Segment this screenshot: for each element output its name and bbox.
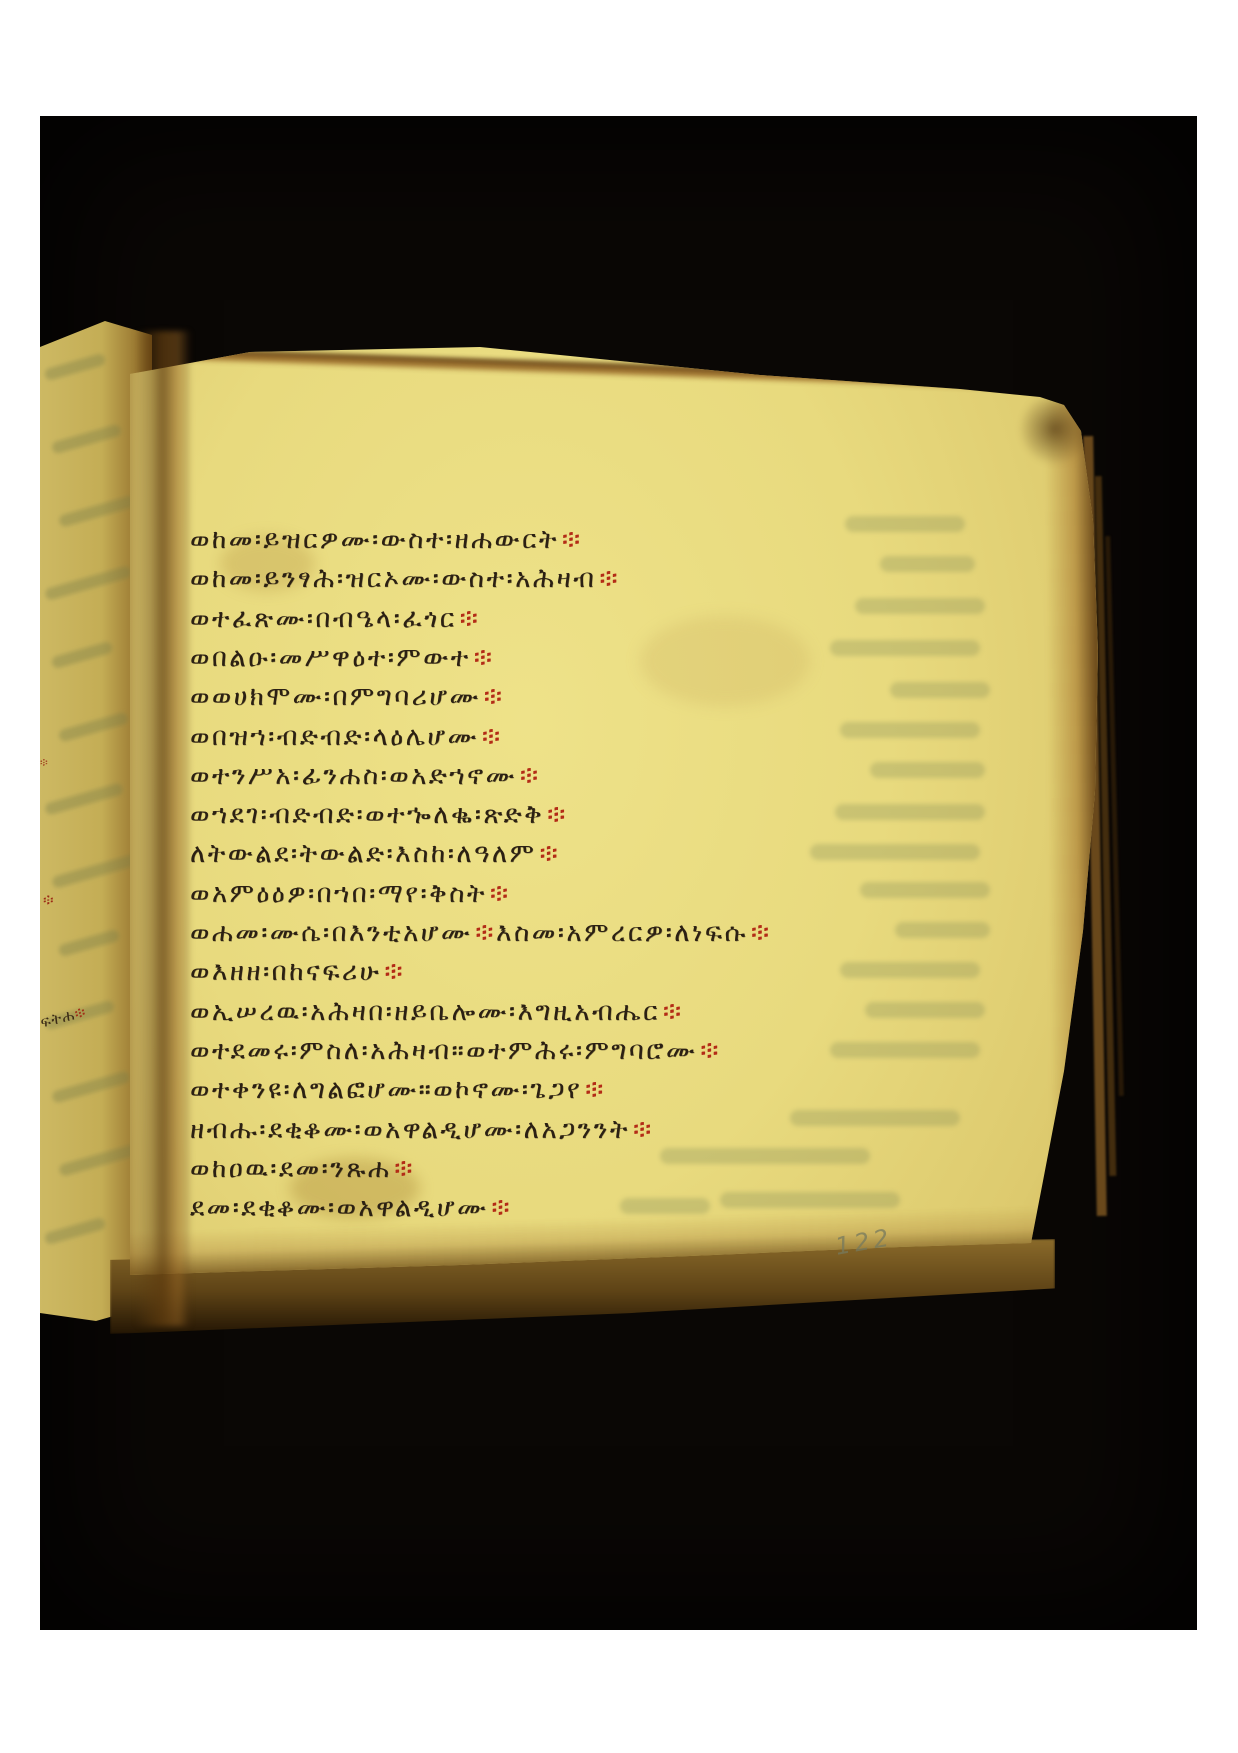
manuscript-line: ወከዐዉ፡ደመ፡ንጹሐ፨ xyxy=(190,1152,415,1186)
red-divider-mark: ፨ xyxy=(381,957,405,987)
manuscript-line: ወተደመሩ፡ምስለ፡አሕዛብ።ወተምሕሩ፡ምግባሮሙ፨ xyxy=(190,1034,721,1068)
red-divider-mark: ፨ xyxy=(697,1036,721,1066)
line-text: ወከመ፡ይዝርዎሙ፡ውስተ፡ዘሐውርት xyxy=(190,525,559,555)
line-text: ለትውልደ፡ትውልድ፡እስከ፡ለዓለም xyxy=(190,839,536,869)
line-text: ወወሀክሞሙ፡በምግባሪሆሙ xyxy=(190,682,481,712)
manuscript-line: ወኢሠረዉ፡አሕዛበ፡ዘይቤሎሙ፡እግዚአብሔር፨ xyxy=(190,995,684,1029)
line-text: ወከዐዉ፡ደመ፡ንጹሐ xyxy=(190,1154,391,1184)
manuscript-line: ደመ፡ደቂቆሙ፡ወአዋልዲሆሙ፨ xyxy=(190,1191,512,1225)
line-text: ወኢሠረዉ፡አሕዛበ፡ዘይቤሎሙ፡እግዚአብሔር xyxy=(190,997,660,1027)
manuscript-line: ወተፈጽሙ፡በብዔላ፡ፈጎር፨ xyxy=(190,602,480,636)
line-text: እስመ፡አምረርዎ፡ለነፍሱ xyxy=(496,918,748,948)
bleedthrough-line xyxy=(51,423,123,454)
red-divider-mark: ፨ xyxy=(630,1115,654,1145)
red-divider-mark: ፨ xyxy=(481,682,505,712)
bleedthrough-line xyxy=(51,853,140,889)
red-divider-mark: ፨ xyxy=(471,643,495,673)
bleedthrough-line xyxy=(44,353,107,382)
bleedthrough-line xyxy=(58,494,138,528)
manuscript-line: ለትውልደ፡ትውልድ፡እስከ፡ለዓለም፨ xyxy=(190,837,560,871)
bleedthrough-line xyxy=(44,1217,107,1246)
margin-cross-mark: ፨ xyxy=(40,756,48,770)
bleedthrough-line xyxy=(44,565,133,601)
line-text: ወተደመሩ፡ምስለ፡አሕዛብ።ወተምሕሩ፡ምግባሮሙ xyxy=(190,1036,697,1066)
manuscript-line: ወሐመ፡ሙሴ፡በእንቲአሆሙ፨እስመ፡አምረርዎ፡ለነፍሱ፨ xyxy=(190,916,772,950)
red-divider-mark: ፨ xyxy=(391,1154,415,1184)
text-block: ወከመ፡ይዝርዎሙ፡ውስተ፡ዘሐውርት፨ወከመ፡ይንፃሕ፡ዝርኦሙ፡ውስተ፡አሕ… xyxy=(190,116,1120,1630)
manuscript-line: ወእዘዘ፡በከናፍሪሁ፨ xyxy=(190,955,405,989)
photograph: ወከመ፡ይዝርዎሙ፡ውስተ፡ዘሐውርት፨ወከመ፡ይንፃሕ፡ዝርኦሙ፡ውስተ፡አሕ… xyxy=(40,116,1197,1630)
line-text: ወበልዑ፡መሥዋዕተ፡ምውተ xyxy=(190,643,471,673)
red-divider-mark: ፨ xyxy=(472,918,496,948)
red-divider-mark: ፨ xyxy=(559,525,583,555)
line-text: ወአምዕዕዎ፡በኀበ፡ማየ፡ቅስት xyxy=(190,879,487,909)
line-text: ወከመ፡ይንፃሕ፡ዝርኦሙ፡ውስተ፡አሕዛብ xyxy=(190,564,596,594)
bleedthrough-line xyxy=(58,929,121,958)
line-text: ወተንሥአ፡ፊንሐስ፡ወአድኀኖሙ xyxy=(190,761,517,791)
manuscript-line: ወበልዑ፡መሥዋዕተ፡ምውተ፨ xyxy=(190,641,494,675)
red-divider-mark: ፨ xyxy=(487,879,511,909)
red-divider-mark: ፨ xyxy=(596,564,620,594)
line-text: ወተፈጽሙ፡በብዔላ፡ፈጎር xyxy=(190,604,457,634)
line-text: ወበዝኀ፡ብድብድ፡ላዕሌሆሙ xyxy=(190,722,479,752)
red-divider-mark: ፨ xyxy=(660,997,684,1027)
manuscript-line: ወከመ፡ይንፃሕ፡ዝርኦሙ፡ውስተ፡አሕዛብ፨ xyxy=(190,562,620,596)
margin-cross-mark: ፨ xyxy=(43,891,54,909)
line-text: ወኀደገ፡ብድብድ፡ወተኈለቈ፡ጽድቅ xyxy=(190,800,544,830)
line-text: ወእዘዘ፡በከናፍሪሁ xyxy=(190,957,381,987)
red-divider-mark: ፨ xyxy=(488,1193,512,1223)
red-divider-mark: ፨ xyxy=(517,761,541,791)
red-divider-mark: ፨ xyxy=(479,722,503,752)
line-text: ዘብሑ፡ደቂቆሙ፡ወአዋልዲሆሙ፡ለአጋንንት xyxy=(190,1115,630,1145)
line-text: ወሐመ፡ሙሴ፡በእንቲአሆሙ xyxy=(190,918,472,948)
manuscript-line: ወተቀንዩ፡ለግልፎሆሙ።ወኮኖሙ፡ጌጋየ፨ xyxy=(190,1073,606,1107)
manuscript-line: ወኀደገ፡ብድብድ፡ወተኈለቈ፡ጽድቅ፨ xyxy=(190,798,568,832)
manuscript-line: ዘብሑ፡ደቂቆሙ፡ወአዋልዲሆሙ፡ለአጋንንት፨ xyxy=(190,1113,654,1147)
red-divider-mark: ፨ xyxy=(457,604,481,634)
manuscript-line: ወከመ፡ይዝርዎሙ፡ውስተ፡ዘሐውርት፨ xyxy=(190,523,583,557)
manuscript-line: ወአምዕዕዎ፡በኀበ፡ማየ፡ቅስት፨ xyxy=(190,877,511,911)
manuscript-line: ወወሀክሞሙ፡በምግባሪሆሙ፨ xyxy=(190,680,505,714)
red-divider-mark: ፨ xyxy=(544,800,568,830)
bleedthrough-line xyxy=(51,1070,131,1104)
manuscript-line: ወበዝኀ፡ብድብድ፡ላዕሌሆሙ፨ xyxy=(190,720,503,754)
red-divider-mark: ፨ xyxy=(582,1075,606,1105)
bleedthrough-line xyxy=(51,641,114,670)
bleedthrough-line xyxy=(58,711,130,742)
manuscript-line: ወተንሥአ፡ፊንሐስ፡ወአድኀኖሙ፨ xyxy=(190,759,541,793)
red-divider-mark: ፨ xyxy=(536,839,560,869)
red-divider-mark: ፨ xyxy=(748,918,772,948)
line-text: ወተቀንዩ፡ለግልፎሆሙ።ወኮኖሙ፡ጌጋየ xyxy=(190,1075,582,1105)
line-text: ደመ፡ደቂቆሙ፡ወአዋልዲሆሙ xyxy=(190,1193,488,1223)
bleedthrough-line xyxy=(44,782,124,816)
